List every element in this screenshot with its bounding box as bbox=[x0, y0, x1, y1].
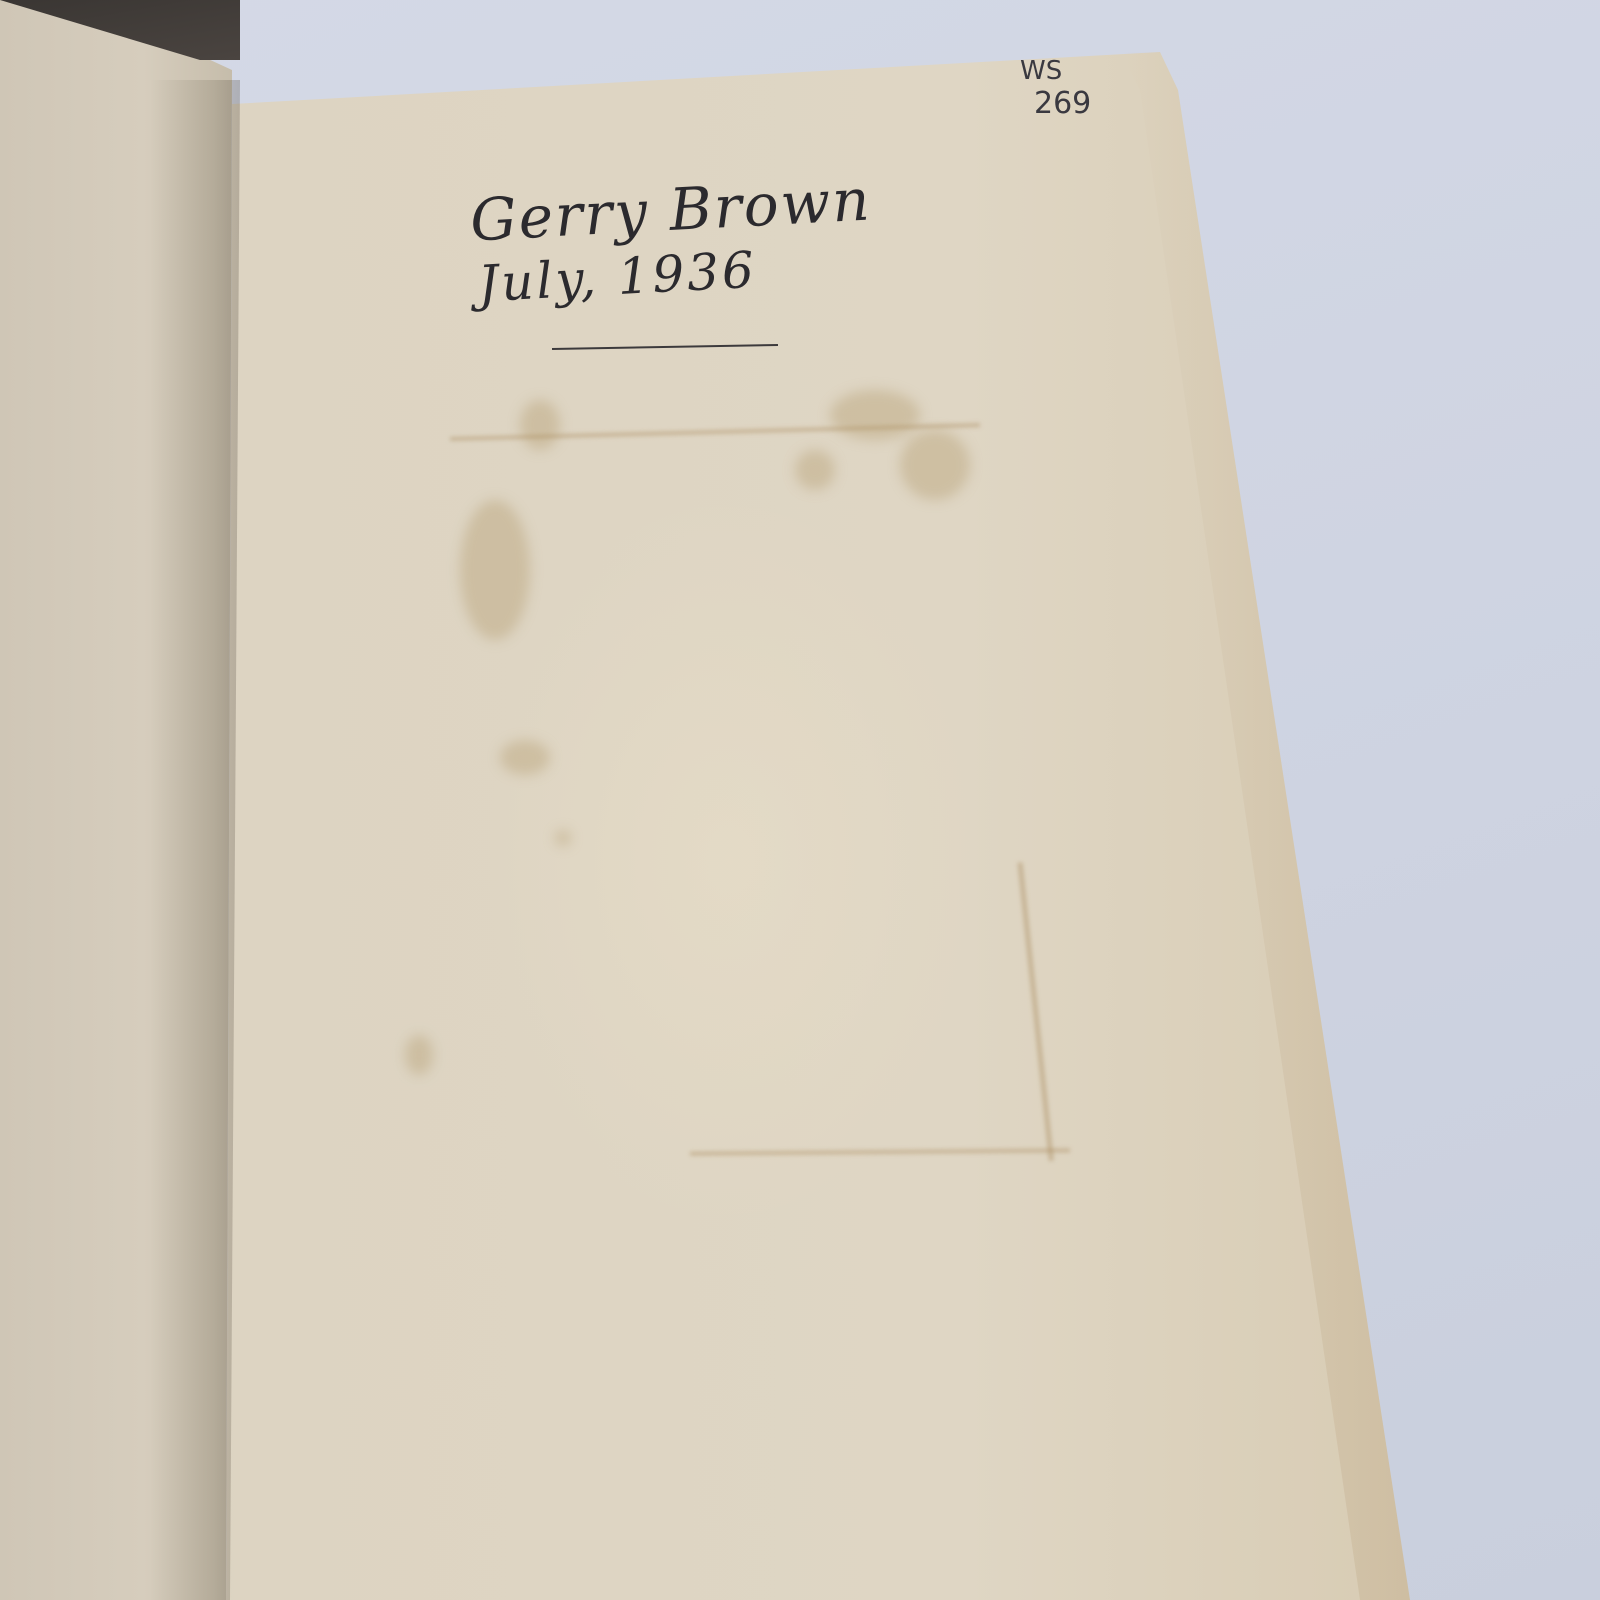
foxing-stain bbox=[555, 830, 571, 846]
foxing-stain bbox=[460, 500, 530, 640]
foxing-stain bbox=[795, 450, 835, 490]
foxing-stain bbox=[830, 390, 920, 440]
foxing-stain bbox=[405, 1035, 433, 1075]
gutter-shadow bbox=[150, 80, 240, 1600]
catalog-code-text: WS bbox=[1020, 56, 1062, 86]
foxing-stain bbox=[900, 430, 970, 500]
catalog-number-text: 269 bbox=[1034, 86, 1091, 121]
book-photo: WS 269 Gerry Brown July, 1936 bbox=[0, 0, 1600, 1600]
foxing-stain bbox=[520, 400, 560, 450]
foxing-stain bbox=[500, 740, 550, 775]
